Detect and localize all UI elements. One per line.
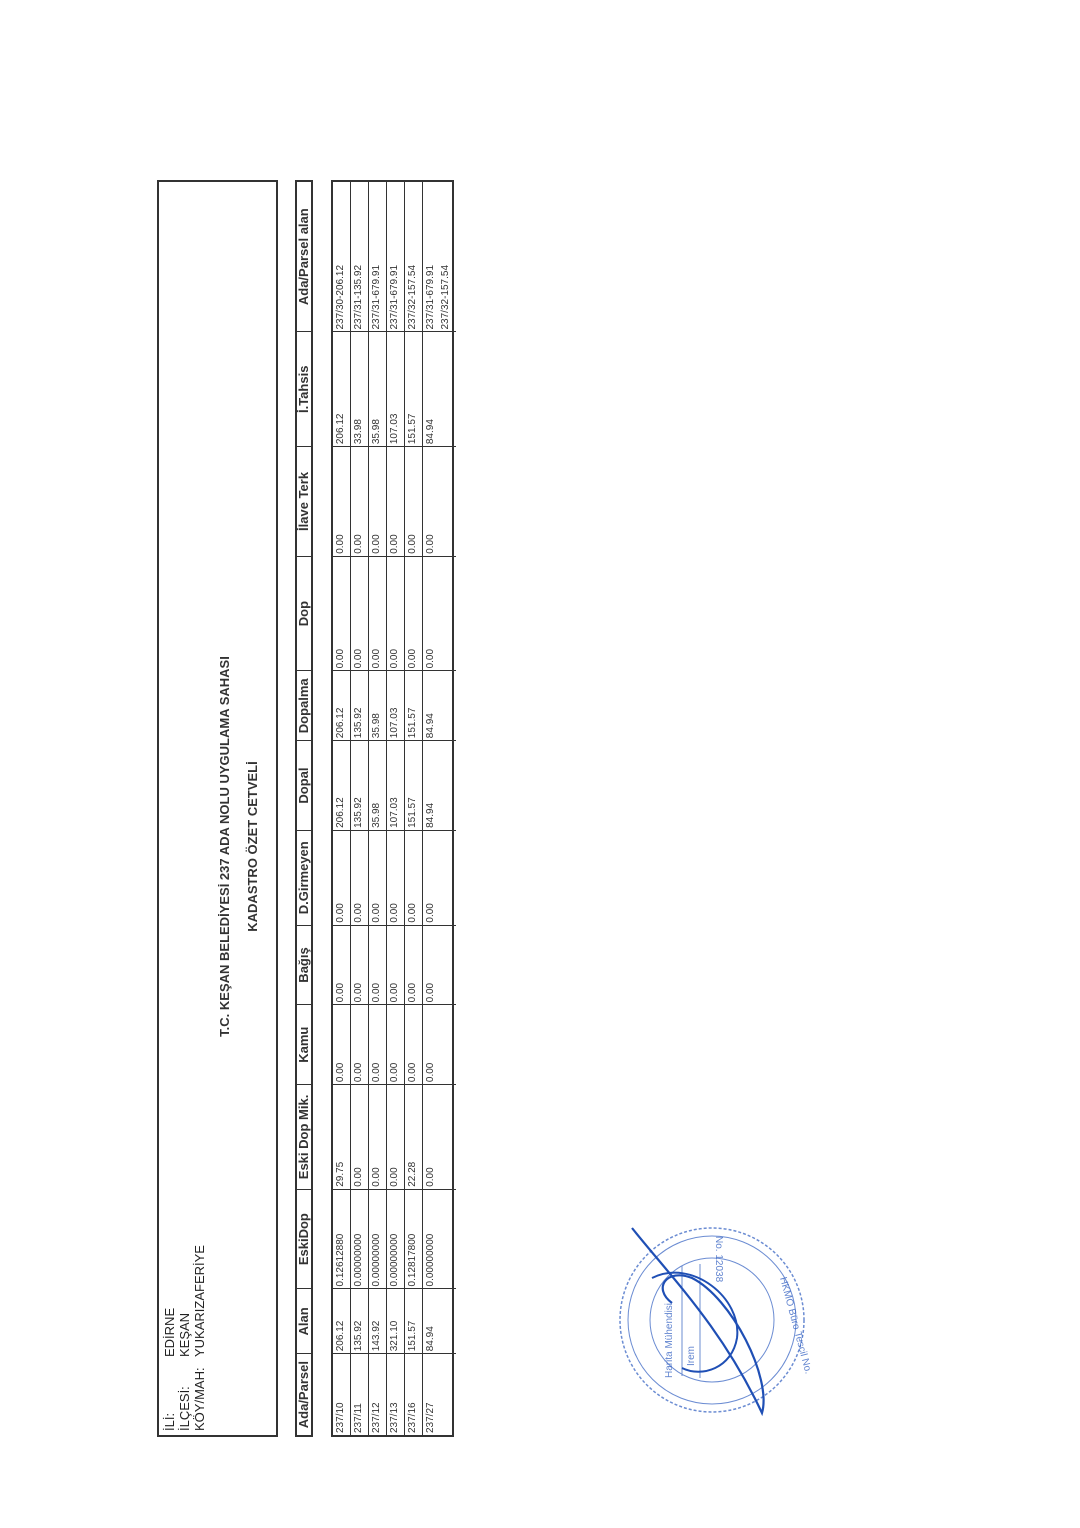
table-cell: 321.10 bbox=[387, 1288, 404, 1353]
table-cell: 33.98 bbox=[351, 332, 368, 447]
table-cell: 0.00 bbox=[387, 446, 404, 556]
table-cell: 135.92 bbox=[351, 1288, 368, 1353]
ilce-line: İLÇESİ:KEŞAN bbox=[177, 1313, 192, 1431]
table-cell: 143.92 bbox=[369, 1288, 386, 1353]
table-cell: 0.00 bbox=[423, 830, 456, 925]
table-cell: 0.00 bbox=[351, 925, 368, 1005]
table-cell: 107.03 bbox=[387, 670, 404, 740]
il-value: EDİRNE bbox=[162, 1308, 177, 1357]
table-cell: 0.00 bbox=[405, 925, 422, 1005]
table-cell: 0.00 bbox=[333, 556, 350, 671]
table-cell: 151.57 bbox=[405, 1288, 422, 1353]
table-cell: 0.00 bbox=[333, 925, 350, 1005]
table-cell: 0.00 bbox=[351, 446, 368, 556]
table-cell: 237/27 bbox=[423, 1353, 456, 1435]
column-header: EskiDop bbox=[297, 1189, 311, 1289]
table-cell: 0.00 bbox=[351, 830, 368, 925]
table-header: Ada/ParselAlanEskiDopEski Dop Mik.KamuBa… bbox=[295, 180, 313, 1437]
table-row: 237/11135.920.000000000.000.000.000.0013… bbox=[351, 182, 369, 1435]
svg-text:No. 12038: No. 12038 bbox=[713, 1236, 724, 1283]
table-cell: 35.98 bbox=[369, 332, 386, 447]
table-cell: 237/11 bbox=[351, 1353, 368, 1435]
column-header: Ada/Parsel bbox=[297, 1353, 311, 1435]
table-cell: 237/32-157.54 bbox=[405, 182, 422, 332]
column-header: D.Girmeyen bbox=[297, 830, 311, 925]
table-cell: 35.98 bbox=[369, 740, 386, 830]
ilce-value: KEŞAN bbox=[177, 1313, 192, 1357]
table-cell: 135.92 bbox=[351, 670, 368, 740]
table-row: 237/2784.940.000000000.000.000.000.0084.… bbox=[423, 182, 456, 1435]
table-cell: 0.00000000 bbox=[423, 1189, 456, 1289]
table-cell: 0.00 bbox=[387, 1084, 404, 1189]
table-cell: 0.00 bbox=[423, 1004, 456, 1084]
table-cell: 237/31-679.91 bbox=[369, 182, 386, 332]
table-cell: 0.00 bbox=[369, 1004, 386, 1084]
column-header: Alan bbox=[297, 1288, 311, 1353]
koy-value: YUKARIZAFERİYE bbox=[192, 1245, 207, 1357]
table-cell: 0.00 bbox=[423, 446, 456, 556]
svg-text:Harita Mühendisi: Harita Mühendisi bbox=[664, 1303, 675, 1378]
table-cell: 0.00 bbox=[423, 925, 456, 1005]
table-cell: 237/12 bbox=[369, 1353, 386, 1435]
column-header: Dop bbox=[297, 556, 311, 671]
table-cell: 0.00000000 bbox=[351, 1189, 368, 1289]
table-cell: 0.00 bbox=[333, 446, 350, 556]
table-cell: 206.12 bbox=[333, 740, 350, 830]
table-cell: 0.00 bbox=[369, 556, 386, 671]
table-cell: 0.00 bbox=[423, 556, 456, 671]
table-cell: 0.00 bbox=[387, 1004, 404, 1084]
table-row: 237/16151.570.1281780022.280.000.000.001… bbox=[405, 182, 423, 1435]
official-stamp-icon: Harita Mühendisi Irem No. 12038 HKMO Bür… bbox=[612, 1218, 817, 1423]
table-cell: 84.94 bbox=[423, 740, 456, 830]
column-header: Eski Dop Mik. bbox=[297, 1084, 311, 1189]
table-cell: 0.00 bbox=[351, 1084, 368, 1189]
table-cell: 237/16 bbox=[405, 1353, 422, 1435]
table-cell: 0.00 bbox=[405, 446, 422, 556]
column-header: Dopal bbox=[297, 740, 311, 830]
table-cell: 0.00 bbox=[369, 446, 386, 556]
table-cell: 0.00 bbox=[369, 1084, 386, 1189]
table-cell: 0.00 bbox=[405, 830, 422, 925]
table-cell: 0.00 bbox=[387, 830, 404, 925]
table-cell: 0.00 bbox=[333, 1004, 350, 1084]
document-title: T.C. KEŞAN BELEDİYESİ 237 ADA NOLU UYGUL… bbox=[217, 218, 232, 1475]
summary-table: 237/10206.120.1261288029.750.000.000.002… bbox=[331, 180, 454, 1437]
table-cell: 0.00 bbox=[405, 1004, 422, 1084]
il-line: İLİ:EDİRNE bbox=[162, 1308, 177, 1431]
table-cell: 237/10 bbox=[333, 1353, 350, 1435]
table-cell: 0.12817800 bbox=[405, 1189, 422, 1289]
table-row: 237/13321.100.000000000.000.000.000.0010… bbox=[387, 182, 405, 1435]
table-cell: 107.03 bbox=[387, 332, 404, 447]
table-cell: 0.00 bbox=[369, 925, 386, 1005]
table-cell: 107.03 bbox=[387, 740, 404, 830]
table-cell: 0.12612880 bbox=[333, 1189, 350, 1289]
column-header: Ada/Parsel alan bbox=[297, 182, 311, 332]
table-cell: 151.57 bbox=[405, 332, 422, 447]
table-row: 237/12143.920.000000000.000.000.000.0035… bbox=[369, 182, 387, 1435]
table-cell: 0.00 bbox=[333, 830, 350, 925]
table-row: 237/10206.120.1261288029.750.000.000.002… bbox=[333, 182, 351, 1435]
table-cell: 29.75 bbox=[333, 1084, 350, 1189]
table-cell: 0.00 bbox=[423, 1084, 456, 1189]
column-header: Bağış bbox=[297, 925, 311, 1005]
table-cell: 0.00 bbox=[405, 556, 422, 671]
table-cell: 84.94 bbox=[423, 670, 456, 740]
table-cell: 0.00000000 bbox=[387, 1189, 404, 1289]
table-cell: 0.00 bbox=[387, 925, 404, 1005]
table-cell: 0.00 bbox=[351, 1004, 368, 1084]
table-cell: 206.12 bbox=[333, 332, 350, 447]
table-cell: 151.57 bbox=[405, 740, 422, 830]
koy-line: KÖY/MAH:YUKARIZAFERİYE bbox=[192, 1245, 207, 1431]
table-cell: 237/31-679.91 bbox=[387, 182, 404, 332]
table-cell: 151.57 bbox=[405, 670, 422, 740]
table-cell: 84.94 bbox=[423, 332, 456, 447]
svg-text:Irem: Irem bbox=[686, 1346, 697, 1366]
table-cell: 206.12 bbox=[333, 670, 350, 740]
table-cell: 35.98 bbox=[369, 670, 386, 740]
cadastre-document: İLİ:EDİRNE İLÇESİ:KEŞAN KÖY/MAH:YUKARIZA… bbox=[157, 180, 454, 1437]
table-cell: 0.00 bbox=[369, 830, 386, 925]
table-cell: 84.94 bbox=[423, 1288, 456, 1353]
column-header: Dopalma bbox=[297, 670, 311, 740]
document-subtitle: KADASTRO ÖZET CETVELİ bbox=[245, 218, 260, 1475]
column-header: İ.Tahsis bbox=[297, 331, 311, 446]
column-header: İlave Terk bbox=[297, 446, 311, 556]
table-cell: 0.00 bbox=[351, 556, 368, 671]
table-cell: 237/31-135.92 bbox=[351, 182, 368, 332]
column-header: Kamu bbox=[297, 1004, 311, 1084]
location-info-box: İLİ:EDİRNE İLÇESİ:KEŞAN KÖY/MAH:YUKARIZA… bbox=[157, 180, 278, 1437]
table-cell: 0.00000000 bbox=[369, 1189, 386, 1289]
table-cell: 237/30-206.12 bbox=[333, 182, 350, 332]
table-cell: 237/31-679.91 237/32-157.54 bbox=[423, 182, 456, 332]
table-cell: 206.12 bbox=[333, 1288, 350, 1353]
table-cell: 22.28 bbox=[405, 1084, 422, 1189]
table-cell: 237/13 bbox=[387, 1353, 404, 1435]
table-cell: 135.92 bbox=[351, 740, 368, 830]
table-cell: 0.00 bbox=[387, 556, 404, 671]
